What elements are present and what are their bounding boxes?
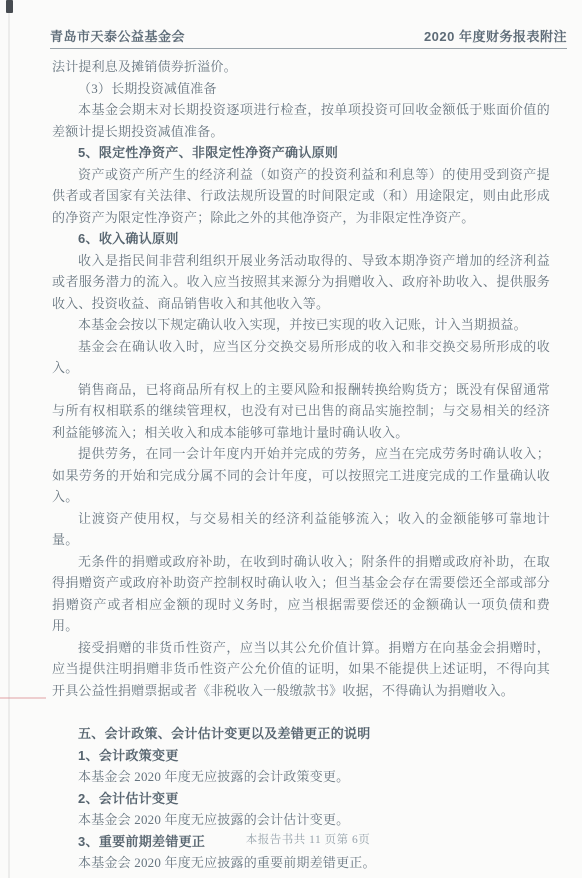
paragraph: 销售商品，已将商品所有权上的主要风险和报酬转换给购货方；既没有保留通常与所有权相… — [52, 379, 550, 444]
paragraph: 本基金会按以下规定确认收入实现，并按已实现的收入记账，计入当期损益。 — [52, 314, 550, 336]
paragraph: 本基金会 2020 年度无应披露的会计估计变更。 — [52, 809, 550, 831]
paragraph: 基金会在确认收入时，应当区分交换交易所形成的收入和非交换交易所形成的收入。 — [52, 336, 550, 379]
page-footer: 本报告书共 11 页第 6页 — [0, 831, 582, 847]
foundation-name: 青岛市天泰公益基金会 — [50, 26, 185, 45]
document-page: 青岛市天泰公益基金会 2020 年度财务报表附注 法计提利息及摊销债券折溢价。（… — [0, 0, 582, 878]
report-title: 2020 年度财务报表附注 — [424, 26, 567, 45]
section-heading: 2、会计估计变更 — [52, 788, 550, 810]
paragraph: 接受捐赠的非货币性资产，应当以其公允价值计算。捐赠方在向基金会捐赠时，应当提供注… — [52, 637, 550, 702]
paragraph: 无条件的捐赠或政府补助，在收到时确认收入；附条件的捐赠或政府补助，在取得捐赠资产… — [52, 551, 550, 637]
paragraph: 本基金会 2020 年度无应披露的重要前期差错更正。 — [52, 852, 550, 874]
scan-corner-mark — [6, 0, 13, 13]
paragraph: 让渡资产使用权，与交易相关的经济利益能够流入；收入的金额能够可靠地计量。 — [52, 508, 550, 551]
paragraph: 本基金会期末对长期投资逐项进行检查，按单项投资可回收金额低于账面价值的差额计提长… — [52, 99, 550, 142]
paragraph: （3）长期投资减值准备 — [52, 78, 550, 100]
paragraph-spacer — [52, 701, 550, 723]
paragraph: 收入是指民间非营利组织开展业务活动取得的、导致本期净资产增加的经济利益或者服务潜… — [52, 250, 550, 315]
document-body: 法计提利息及摊销债券折溢价。（3）长期投资减值准备本基金会期末对长期投资逐项进行… — [52, 56, 550, 874]
section-heading: 五、会计政策、会计估计变更以及差错更正的说明 — [52, 723, 550, 745]
document-header: 青岛市天泰公益基金会 2020 年度财务报表附注 — [50, 26, 567, 49]
scan-edge-line — [8, 0, 10, 878]
scan-pink-streak — [0, 697, 46, 699]
paragraph: 法计提利息及摊销债券折溢价。 — [52, 56, 550, 78]
paragraph: 提供劳务，在同一会计年度内开始并完成的劳务，应当在完成劳务时确认收入；如果劳务的… — [52, 443, 550, 508]
section-heading: 1、会计政策变更 — [52, 745, 550, 767]
paragraph: 资产或资产所产生的经济利益（如资产的投资利益和利息等）的使用受到资产提供者或者国… — [52, 164, 550, 229]
section-heading: 6、收入确认原则 — [52, 228, 550, 250]
paragraph: 本基金会 2020 年度无应披露的会计政策变更。 — [52, 766, 550, 788]
section-heading: 5、限定性净资产、非限定性净资产确认原则 — [52, 142, 550, 164]
footer-page-note: 本报告书共 11 页第 6页 — [246, 834, 370, 846]
